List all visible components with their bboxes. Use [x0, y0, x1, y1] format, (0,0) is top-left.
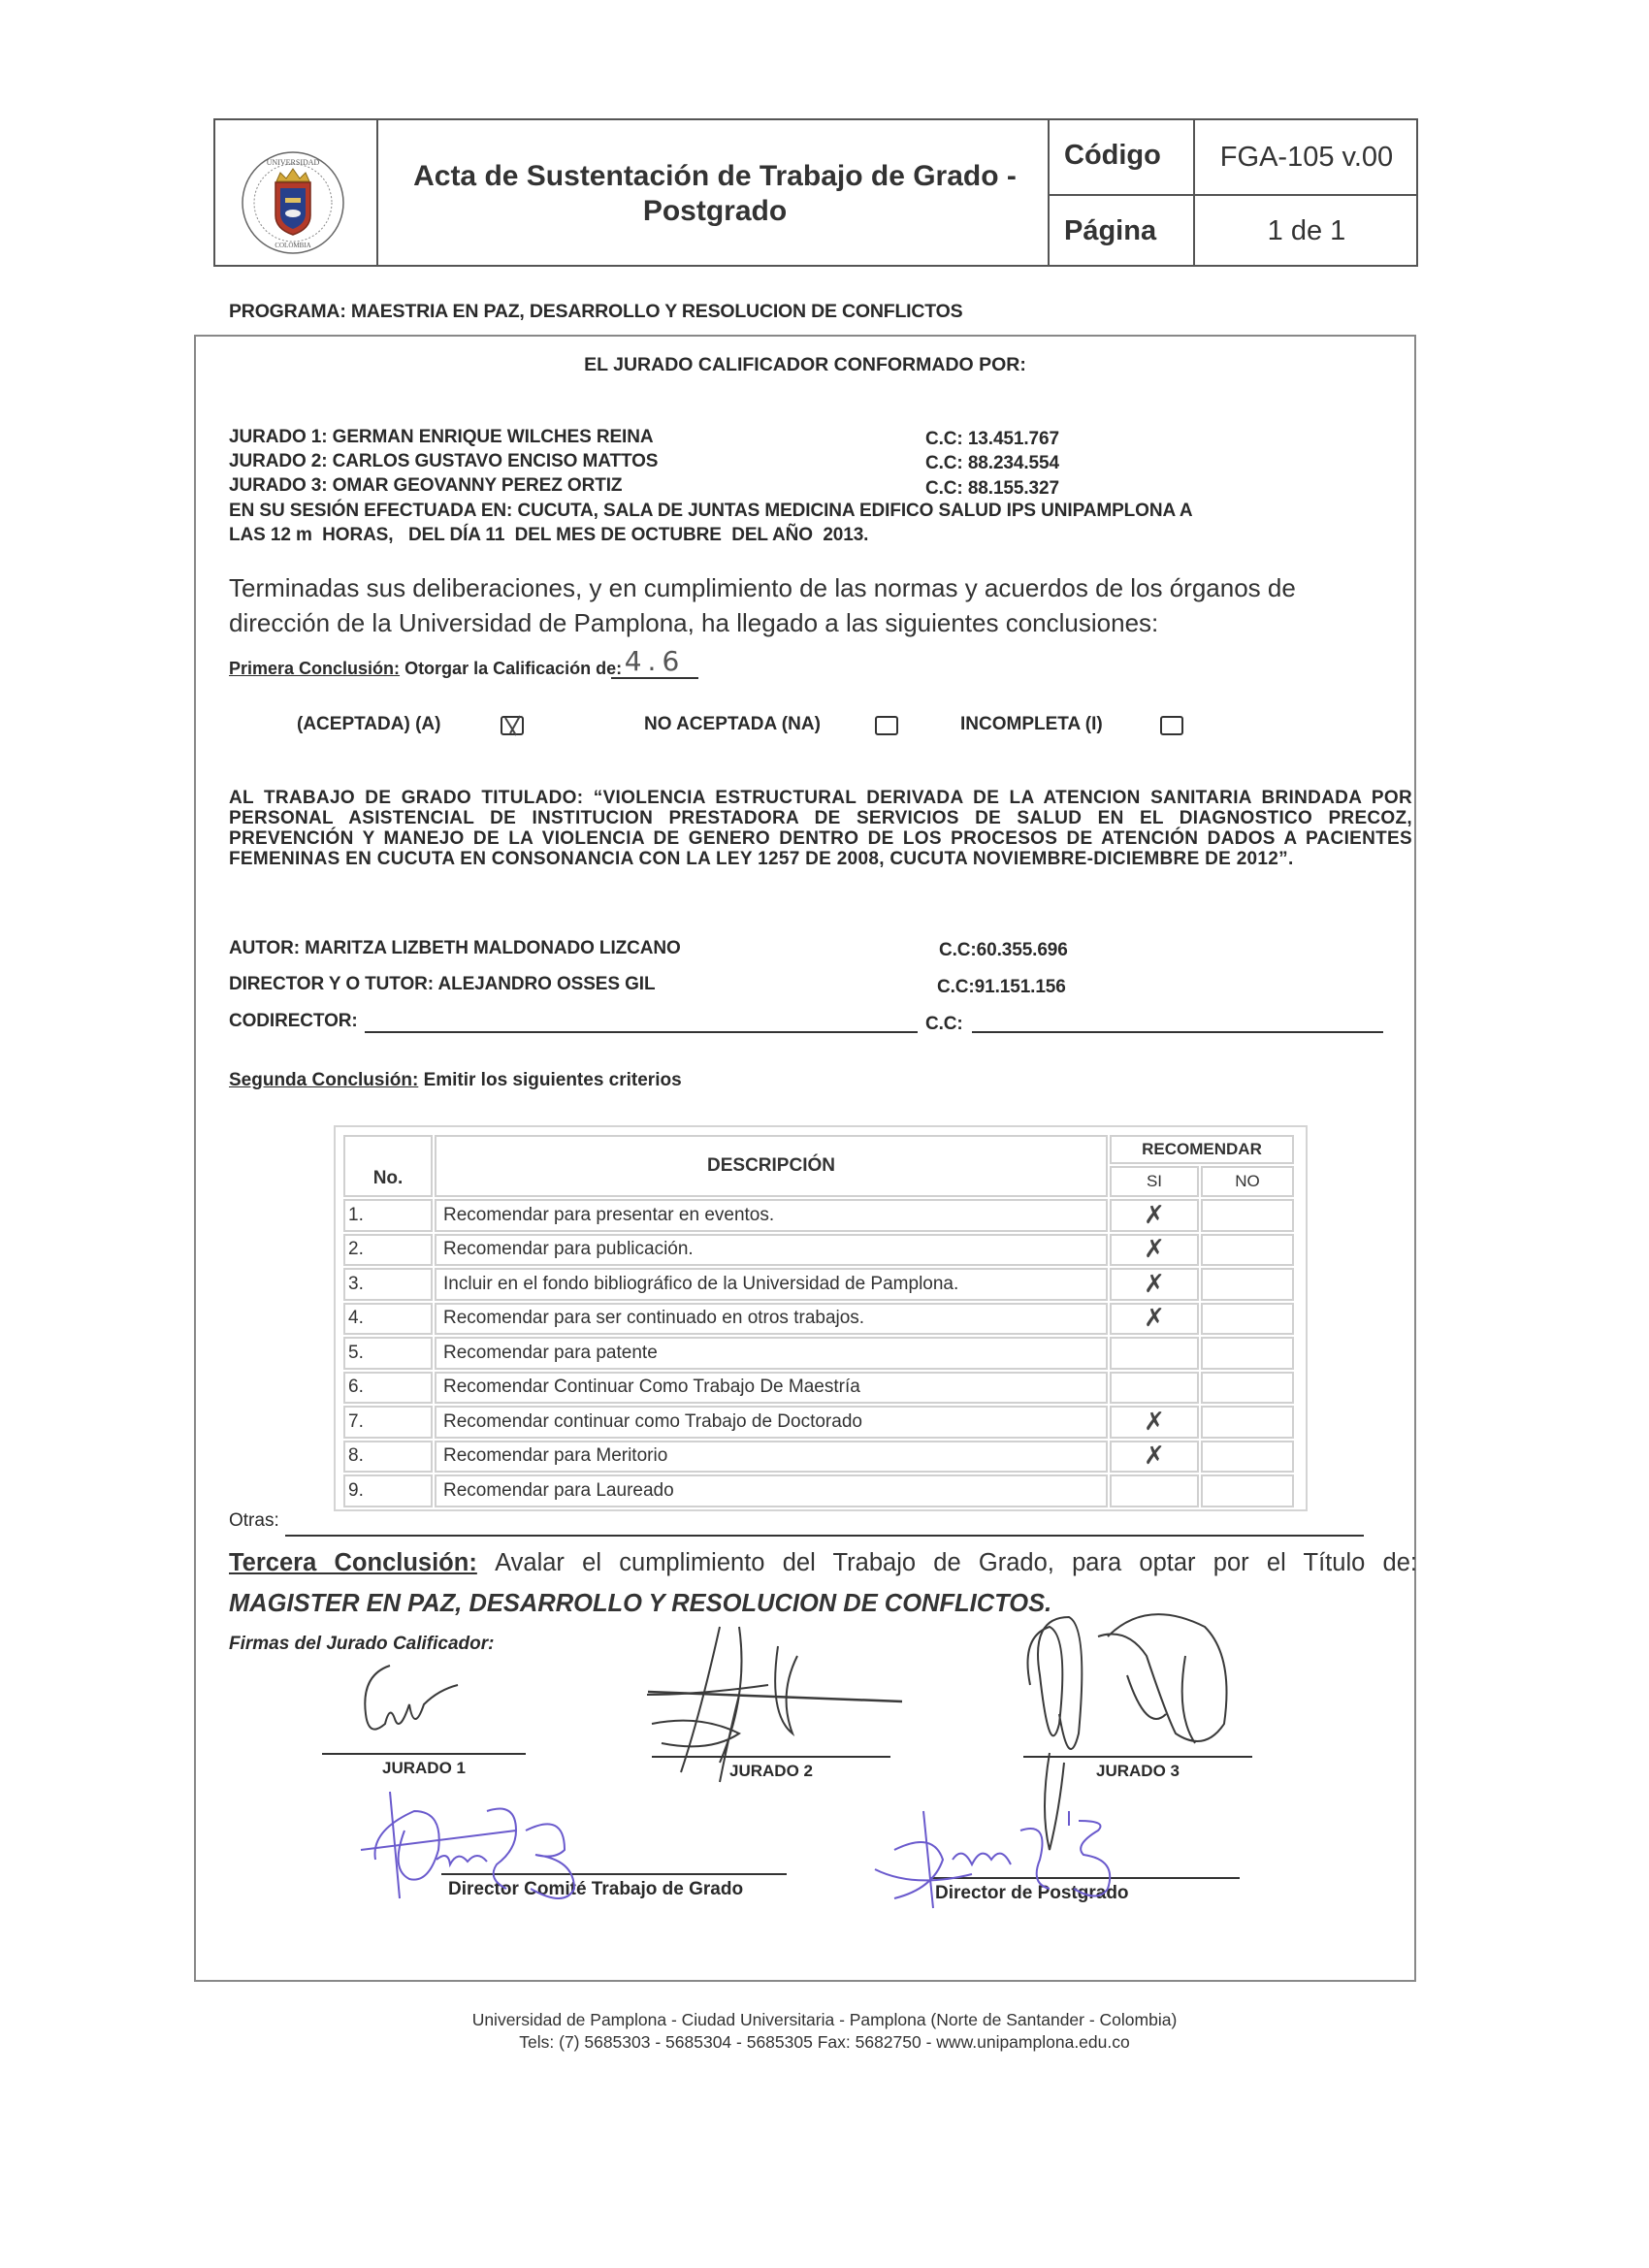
footer-address: Universidad de Pamplona - Ciudad Univers…: [0, 2009, 1649, 2031]
programa-label: PROGRAMA: MAESTRIA EN PAZ, DESARROLLO Y …: [229, 301, 962, 323]
handwritten-signatures: [196, 337, 1418, 1986]
director-signatures-ink: [361, 1792, 1110, 1908]
title-line-2: Postgrado: [380, 194, 1050, 229]
codigo-label: Código: [1064, 140, 1161, 172]
codigo-value: FGA-105 v.00: [1195, 142, 1418, 174]
pagina-label: Página: [1064, 215, 1156, 247]
divider: [1048, 194, 1416, 196]
svg-text:UNIVERSIDAD: UNIVERSIDAD: [267, 158, 320, 167]
title-line-1: Acta de Sustentación de Trabajo de Grado…: [380, 159, 1050, 194]
university-seal-icon: UNIVERSIDAD COLOMBIA: [240, 149, 346, 256]
footer-contact: Tels: (7) 5685303 - 5685304 - 5685305 Fa…: [0, 2031, 1649, 2054]
svg-text:COLOMBIA: COLOMBIA: [275, 242, 310, 249]
document-header: UNIVERSIDAD COLOMBIA Acta de Sustentació…: [213, 118, 1418, 267]
divider: [376, 120, 378, 265]
acta-body: EL JURADO CALIFICADOR CONFORMADO POR: JU…: [194, 335, 1416, 1982]
document-title: Acta de Sustentación de Trabajo de Grado…: [380, 159, 1050, 229]
pagina-value: 1 de 1: [1195, 215, 1418, 247]
jurado-signatures-ink: [365, 1614, 1226, 1850]
